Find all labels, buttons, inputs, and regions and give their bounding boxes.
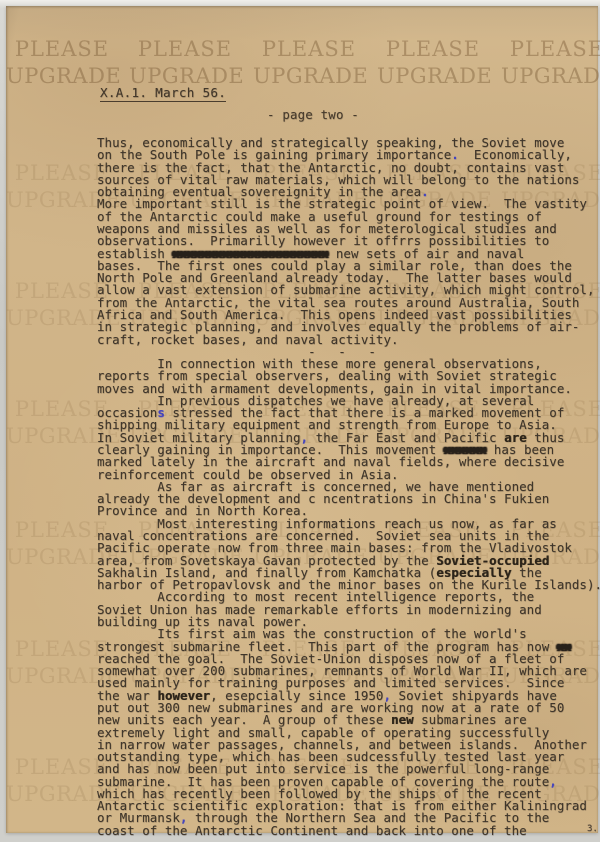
document-header: X.A.1. March 56. [100,85,226,100]
typed-layer: X.A.1. March 56. - page two - Thus, econ… [6,6,598,833]
ink-correction: , [549,774,557,789]
document-reference: X.A.1. March 56. [100,85,226,102]
text-line: coast of the Antarctic Continent and bac… [97,825,600,837]
page-corner-mark: 3. [587,824,598,834]
page-label: - page two - [267,107,359,122]
document-body: Thus, economically and strategically spe… [97,137,600,837]
scan-background: PLEASEUPGRADEPLEASEUPGRADEPLEASEUPGRADEP… [0,0,600,842]
paper-page: PLEASEUPGRADEPLEASEUPGRADEPLEASEUPGRADEP… [6,6,598,833]
